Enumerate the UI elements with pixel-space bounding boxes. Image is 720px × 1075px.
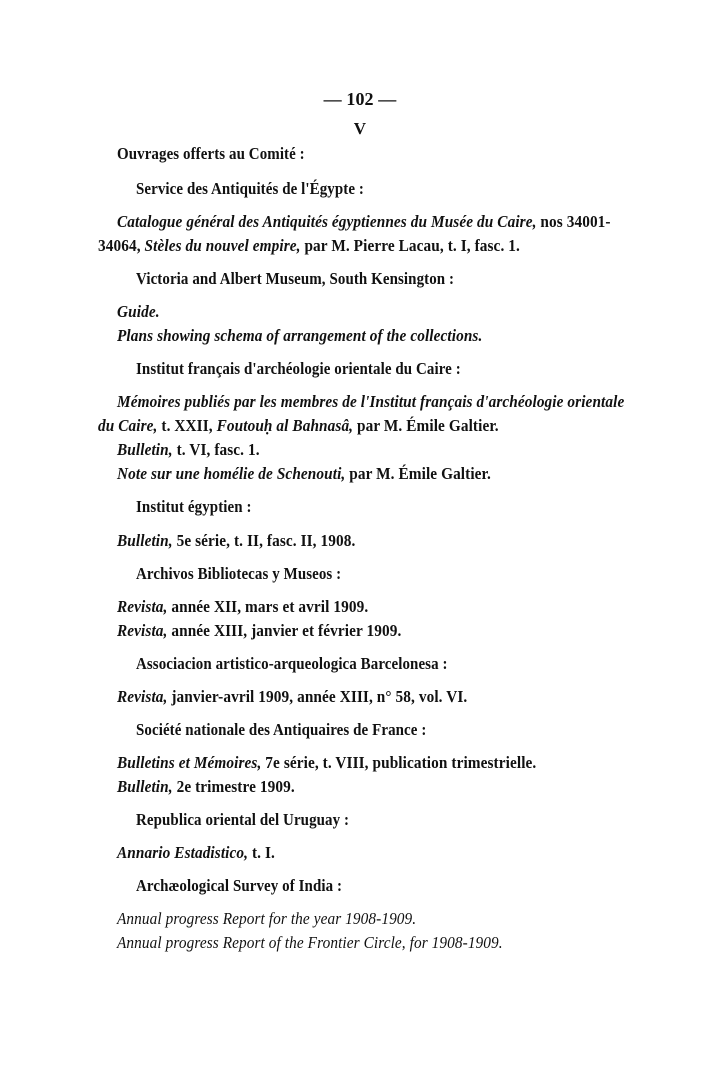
entry-title: Bulletin, xyxy=(117,777,173,796)
intro-heading: Ouvrages offerts au Comité : xyxy=(117,143,305,165)
entry-line: Annual progress Report for the year 1908… xyxy=(117,908,416,930)
donor-heading: Associacion artistico-arqueologica Barce… xyxy=(136,653,448,675)
entry-detail: nos 34001- xyxy=(537,212,611,231)
entry-detail: par M. Émile Galtier. xyxy=(353,416,499,435)
entry-detail: par M. Émile Galtier. xyxy=(345,464,491,483)
page-number: — 102 — xyxy=(0,88,720,110)
entry-title: Bulletin, xyxy=(117,531,173,550)
entry-detail: 2e trimestre 1909. xyxy=(173,777,295,796)
donor-heading: Republica oriental del Uruguay : xyxy=(136,809,349,831)
entry-line: Plans showing schema of arrangement of t… xyxy=(117,325,482,347)
entry-line: Note sur une homélie de Schenouti, par M… xyxy=(117,463,491,485)
entry-title: Revista, xyxy=(117,687,167,706)
entry-line: Revista, année XIII, janvier et février … xyxy=(117,620,401,642)
entry-title: du Caire, xyxy=(98,416,157,435)
entry-title: Bulletins et Mémoires, xyxy=(117,753,261,772)
entry-title: Mémoires publiés par les membres de l'In… xyxy=(117,392,624,411)
entry-title: Annual progress Report for the year 1908… xyxy=(117,909,416,928)
entry-line: Bulletins et Mémoires, 7e série, t. VIII… xyxy=(117,752,536,774)
entry-line: Annario Estadistico, t. I. xyxy=(117,842,275,864)
entry-detail: année XII, mars et avril 1909. xyxy=(167,597,368,616)
entry-detail: t. VI, fasc. 1. xyxy=(173,440,260,459)
donor-heading: Archivos Bibliotecas y Museos : xyxy=(136,563,341,585)
entry-detail: janvier-avril 1909, année XIII, n° 58, v… xyxy=(167,687,467,706)
donor-heading: Institut français d'archéologie oriental… xyxy=(136,358,461,380)
donor-heading: Archæological Survey of India : xyxy=(136,875,342,897)
entry-detail: par M. Pierre Lacau, t. I, fasc. 1. xyxy=(301,236,520,255)
donor-heading: Service des Antiquités de l'Égypte : xyxy=(136,178,364,200)
entry-line: Mémoires publiés par les membres de l'In… xyxy=(117,391,624,413)
entry-line: Bulletin, 2e trimestre 1909. xyxy=(117,776,295,798)
entry-title: Annual progress Report of the Frontier C… xyxy=(117,933,503,952)
entry-line: Revista, janvier-avril 1909, année XIII,… xyxy=(117,686,467,708)
entry-line: Guide. xyxy=(117,301,160,323)
entry-title: Plans showing schema of arrangement of t… xyxy=(117,326,482,345)
entry-title: Note sur une homélie de Schenouti, xyxy=(117,464,345,483)
donor-heading: Victoria and Albert Museum, South Kensin… xyxy=(136,268,454,290)
entry-detail: t. XXII, xyxy=(157,416,216,435)
entry-title: Bulletin, xyxy=(117,440,173,459)
entry-line: Catalogue général des Antiquités égyptie… xyxy=(117,211,611,233)
entry-title: Guide. xyxy=(117,302,160,321)
entry-title: Foutouḥ al Bahnasâ, xyxy=(217,416,354,435)
entry-line: du Caire, t. XXII, Foutouḥ al Bahnasâ, p… xyxy=(98,415,499,437)
entry-title: Revista, xyxy=(117,621,167,640)
donor-heading: Institut égyptien : xyxy=(136,496,252,518)
entry-line: 34064, Stèles du nouvel empire, par M. P… xyxy=(98,235,520,257)
entry-title: Revista, xyxy=(117,597,167,616)
entry-line: Revista, année XII, mars et avril 1909. xyxy=(117,596,368,618)
document-page: — 102 — V Ouvrages offerts au Comité : S… xyxy=(0,0,720,1075)
entry-detail: année XIII, janvier et février 1909. xyxy=(167,621,401,640)
entry-detail: 34064, xyxy=(98,236,145,255)
entry-title: Stèles du nouvel empire, xyxy=(145,236,301,255)
donor-heading: Société nationale des Antiquaires de Fra… xyxy=(136,719,426,741)
entry-detail: 7e série, t. VIII, publication trimestri… xyxy=(261,753,536,772)
entry-line: Annual progress Report of the Frontier C… xyxy=(117,932,503,954)
entry-line: Bulletin, t. VI, fasc. 1. xyxy=(117,439,260,461)
entry-line: Bulletin, 5e série, t. II, fasc. II, 190… xyxy=(117,530,355,552)
entry-detail: 5e série, t. II, fasc. II, 1908. xyxy=(173,531,356,550)
section-numeral: V xyxy=(0,118,720,140)
entry-detail: t. I. xyxy=(248,843,275,862)
entry-title: Catalogue général des Antiquités égyptie… xyxy=(117,212,537,231)
entry-title: Annario Estadistico, xyxy=(117,843,248,862)
